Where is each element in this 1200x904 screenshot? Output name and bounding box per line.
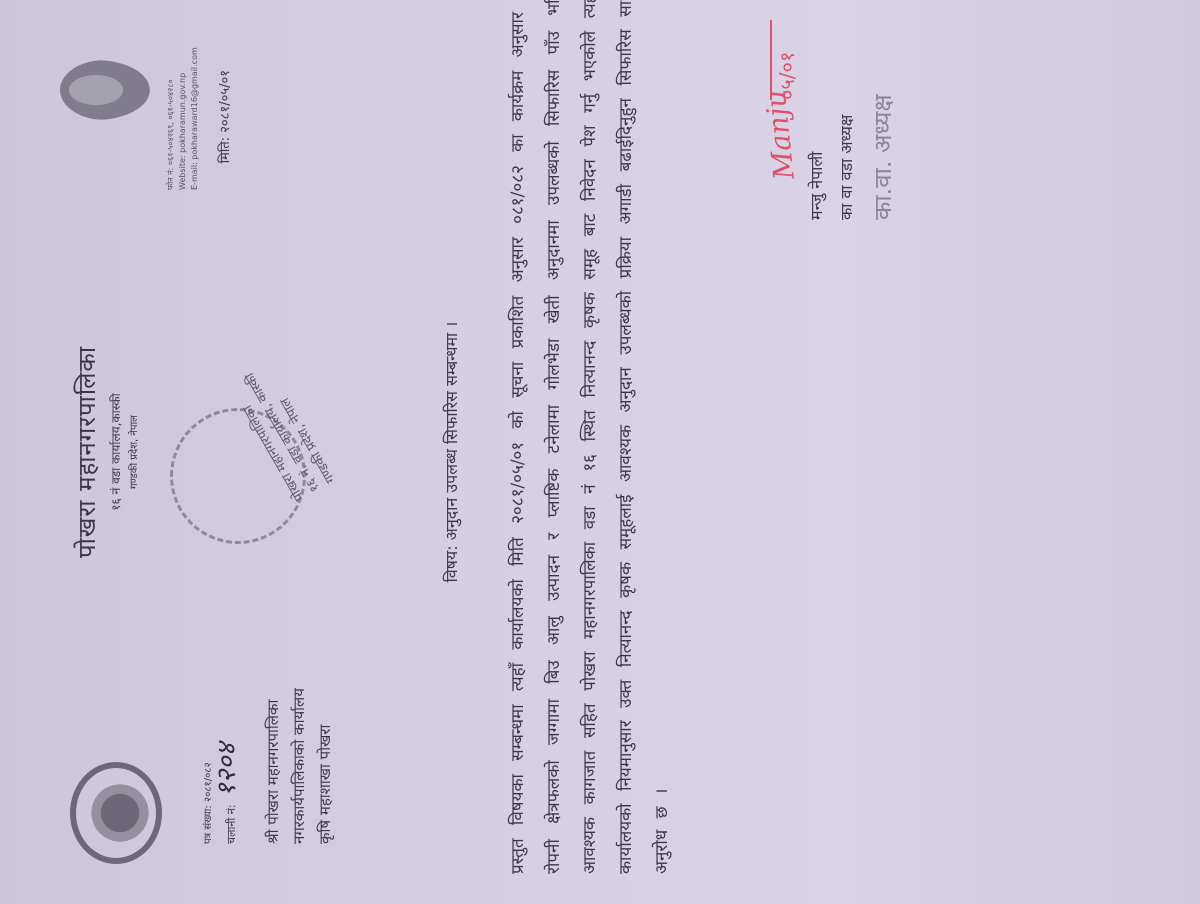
chalani-handwritten: १२०४: [212, 743, 242, 797]
contact-info: फोन नं: ०६१-५०४२६९, ०६१-५०४२८० Website: …: [165, 40, 201, 190]
letter-date: मिति: २०८१/०५/०१: [215, 70, 233, 163]
phone: फोन नं: ०६१-५०४२६९, ०६१-५०४२८०: [165, 40, 177, 190]
addressee-line-2: नगरकार्यपालिकाको कार्यालय: [286, 688, 312, 844]
reference-block: पत्र संख्या: २०८१/०८२ चलानी नं: १२०४: [200, 743, 241, 844]
province: गण्डकी प्रदेश, नेपाल: [126, 0, 140, 904]
org-name: पोखरा महानगरपालिका: [70, 0, 103, 904]
letterhead: पोखरा महानगरपालिका १६ नं वडा कार्यालय,का…: [70, 0, 140, 904]
chalani-number: चलानी नं: १२०४: [218, 743, 241, 844]
letter-page: पोखरा महानगरपालिका १६ नं वडा कार्यालय,का…: [0, 0, 1200, 904]
addressee-line-3: कृषि महाशाखा पोखरा: [312, 688, 338, 844]
addressee: श्री पोखरा महानगरपालिका नगरकार्यपालिकाको…: [260, 688, 338, 844]
addressee-line-1: श्री पोखरा महानगरपालिका: [260, 688, 286, 844]
letter-body: प्रस्तुत विषयका सम्बन्धमा त्यहाँ कार्याल…: [500, 0, 680, 874]
email: E-mail: pokharaward16@gmail.com: [189, 40, 201, 190]
signatory-title: का वा वडा अध्यक्ष: [832, 0, 862, 220]
subject-line: विषय: अनुदान उपलब्ध सिफारिस सम्बन्धमा ।: [440, 0, 462, 904]
signatory-name: मन्जु नेपाली: [802, 0, 832, 220]
office-name: १६ नं वडा कार्यालय,कास्की: [107, 0, 124, 904]
chalani-label: चलानी नं:: [225, 804, 238, 844]
title-stamp: का.वा. अध्यक्ष: [868, 0, 898, 220]
website: Website: pokharamun.gov.np: [177, 40, 189, 190]
signature-block: Manju ०५/०१ मन्जु नेपाली का वा वडा अध्यक…: [760, 0, 898, 220]
